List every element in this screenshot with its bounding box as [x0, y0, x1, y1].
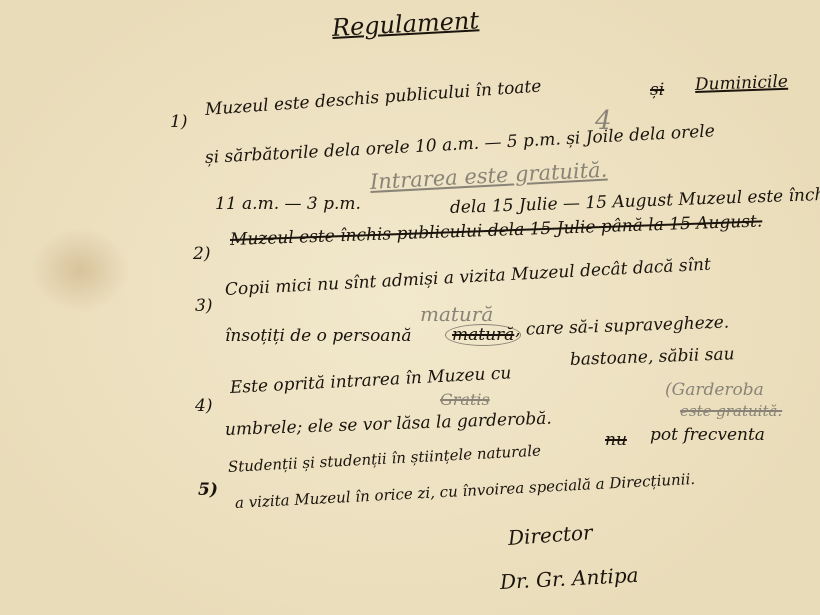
signature-name: Dr. Gr. Antipa	[499, 563, 639, 594]
item-1-number: 1)	[170, 112, 187, 132]
item-4-line-1b: bastoane, săbii sau	[570, 344, 735, 370]
item-5-struck-word: nu	[605, 430, 627, 450]
item-4-pencil-note-2: este gratuită.	[680, 402, 782, 420]
item-3-number: 3)	[195, 296, 212, 316]
item-1-closure-line: dela 15 Julie — 15 August Muzeul este în…	[450, 184, 820, 218]
item-1-pencil-insert: Intrarea este gratuită.	[369, 158, 607, 194]
item-1-line-2: și sărbătorile dela orele 10 a.m. — 5 p.…	[204, 121, 715, 168]
item-2-number: 2)	[193, 244, 210, 264]
item-3-line-3: , care să-i supravegheze.	[515, 313, 730, 340]
item-1-crossed-word: și	[650, 80, 664, 100]
item-3-line-1: Copii mici nu sînt admiși a vizita Muzeu…	[224, 255, 711, 300]
item-5-line-1: Studenții și studenții în științele natu…	[228, 442, 542, 476]
item-4-number: 4)	[195, 396, 212, 416]
item-5-number: 5)	[198, 480, 218, 500]
item-1-line-1: Muzeul este deschis publicului în toate	[204, 77, 542, 120]
item-1-sundays: Duminicile	[695, 72, 789, 95]
item-5-line-1b: pot frecventa	[650, 425, 765, 445]
item-3-line-2: însoțiți de o persoană	[225, 326, 412, 346]
item-2-struck-text: Muzeul este închis publicului dela 15 Ju…	[230, 211, 763, 250]
item-5-line-2: a vizita Muzeul în orice zi, cu învoirea…	[235, 470, 696, 512]
document-title: Regulament	[331, 6, 479, 42]
document-page: Regulament 1) Muzeul este deschis public…	[0, 0, 820, 615]
item-4-pencil-struck: Gratis	[440, 390, 490, 409]
item-4-pencil-note-1: (Garderoba	[665, 380, 764, 400]
item-3-pencil-insert: matură	[420, 302, 493, 326]
item-1-line-3: 11 a.m. — 3 p.m.	[215, 194, 361, 214]
item-4-line-2: umbrele; ele se vor lăsa la garderobă.	[225, 409, 552, 440]
item-3-circled-struck-word: matură	[445, 324, 521, 346]
item-1-hour-correction: 4	[595, 106, 612, 136]
signature-role: Director	[507, 520, 593, 550]
